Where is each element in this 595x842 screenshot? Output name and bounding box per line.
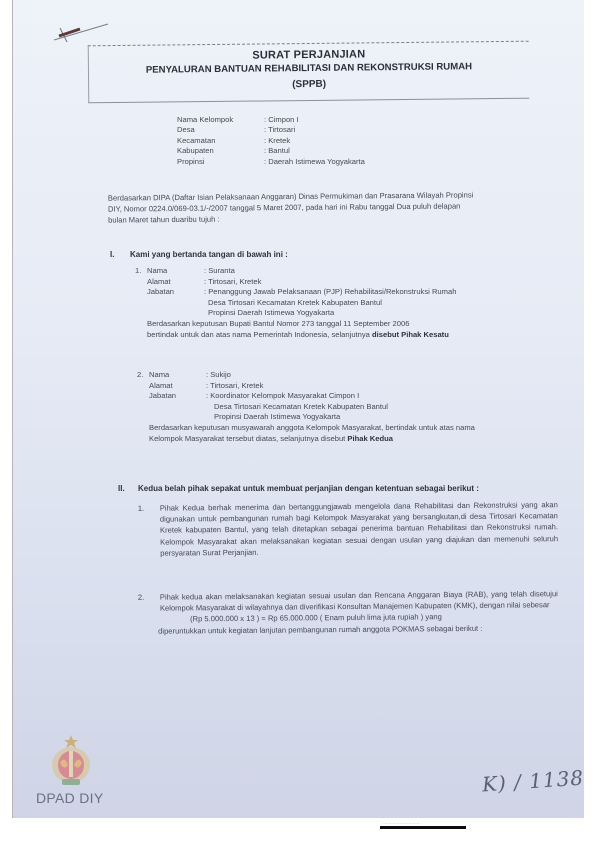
info-row-group-name: Nama Kelompok: Cimpon I: [177, 115, 365, 125]
section-1-heading: I.Kami yang bertanda tangan di bawah ini…: [110, 250, 288, 259]
intro-paragraph: Berdasarkan DIPA (Daftar Isian Pelaksana…: [108, 189, 474, 226]
party-1: 1.Nama: Suranta Alamat: Tirtosari, Krete…: [135, 266, 456, 340]
watermark-text: DPAD DIY: [36, 790, 104, 806]
pen-scribble-mark: [50, 18, 110, 42]
info-row-province: Propinsi: Daerah Istimewa Yogyakarta: [177, 157, 365, 167]
document-subtitle: PENYALURAN BANTUAN REHABILITASI DAN REKO…: [89, 61, 529, 77]
section-2-item-1: 1. Pihak Kedua berhak menerima dan berta…: [138, 499, 558, 559]
footer-rule: [380, 826, 466, 829]
group-info: Nama Kelompok: Cimpon I Desa: Tirtosari …: [177, 115, 365, 167]
info-row-regency: Kabupaten: Bantul: [177, 146, 365, 156]
party-2: 2.Nama: Sukijo Alamat: Tirtosari, Kretek…: [137, 370, 475, 444]
government-emblem-icon: [50, 735, 92, 787]
document-header-box: SURAT PERJANJIAN PENYALURAN BANTUAN REHA…: [88, 41, 530, 104]
document-abbreviation: (SPPB): [89, 77, 529, 93]
section-2-heading: II.Kedua belah pihak sepakat untuk membu…: [118, 484, 479, 493]
info-row-village: Desa: Tirtosari: [177, 125, 365, 135]
info-row-district: Kecamatan: Kretek: [177, 136, 365, 146]
section-2-item-2: 2. Pihak kedua akan melaksanakan kegiata…: [138, 588, 558, 636]
